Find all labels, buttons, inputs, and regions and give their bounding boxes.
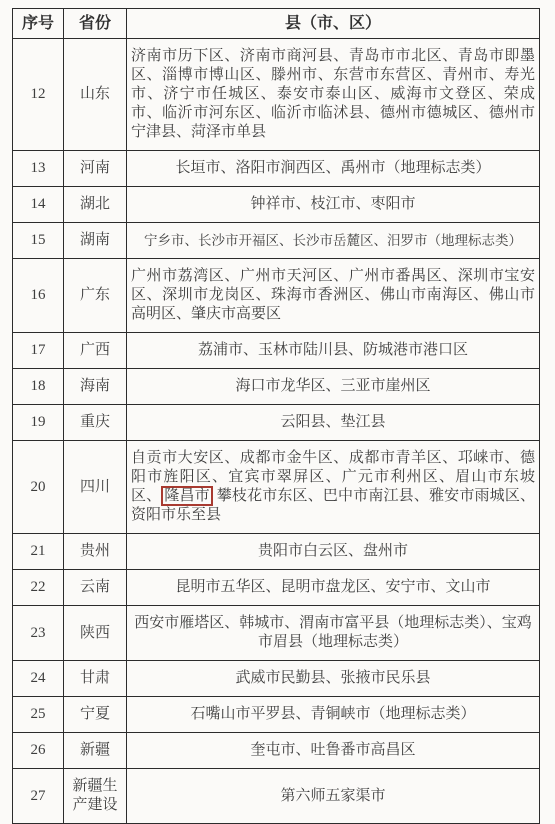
counties-text: 武威市民勤县、张掖市民乐县 — [235, 670, 430, 686]
table-header: 序号 省份 县（市、区） — [13, 9, 540, 39]
serial-number: 21 — [13, 534, 64, 570]
province-name: 广东 — [64, 259, 127, 333]
table-row: 20四川自贡市大安区、成都市金牛区、成都市青羊区、邛崃市、德阳市旌阳区、宜宾市翠… — [13, 441, 540, 534]
serial-number: 14 — [13, 187, 64, 223]
counties-text: 奎屯市、吐鲁番市高昌区 — [250, 742, 415, 758]
counties-list: 自贡市大安区、成都市金牛区、成都市青羊区、邛崃市、德阳市旌阳区、宜宾市翠屏区、广… — [127, 441, 540, 534]
counties-text: 宁乡市、长沙市开福区、长沙市岳麓区、汨罗市（地理标志类） — [144, 233, 522, 248]
counties-list: 海口市龙华区、三亚市崖州区 — [127, 369, 540, 405]
serial-number: 13 — [13, 151, 64, 187]
col-header-serial: 序号 — [13, 9, 64, 39]
serial-number: 22 — [13, 570, 64, 606]
counties-text: 昆明市五华区、昆明市盘龙区、安宁市、文山市 — [175, 579, 490, 595]
serial-number: 16 — [13, 259, 64, 333]
province-name: 甘肃 — [64, 661, 127, 697]
serial-number: 17 — [13, 333, 64, 369]
province-name: 广西 — [64, 333, 127, 369]
province-name: 湖南 — [64, 223, 127, 259]
province-name: 宁夏 — [64, 697, 127, 733]
serial-number: 20 — [13, 441, 64, 534]
counties-text: 钟祥市、枝江市、枣阳市 — [250, 196, 415, 212]
table-row: 21贵州贵阳市白云区、盘州市 — [13, 534, 540, 570]
province-name: 山东 — [64, 39, 127, 151]
counties-list: 广州市荔湾区、广州市天河区、广州市番禺区、深圳市宝安区、深圳市龙岗区、珠海市香洲… — [127, 259, 540, 333]
province-name: 四川 — [64, 441, 127, 534]
province-name: 湖北 — [64, 187, 127, 223]
table-body: 12山东济南市历下区、济南市商河县、青岛市市北区、青岛市即墨区、淄博市博山区、滕… — [13, 39, 540, 761]
counties-list: 长垣市、洛阳市涧西区、禹州市（地理标志类） — [127, 151, 540, 187]
province-name: 新疆 — [64, 733, 127, 761]
serial-number: 15 — [13, 223, 64, 259]
counties-list: 钟祥市、枝江市、枣阳市 — [127, 187, 540, 223]
serial-number: 26 — [13, 733, 64, 761]
col-header-province: 省份 — [64, 9, 127, 39]
serial-number: 23 — [13, 606, 64, 661]
counties-list: 西安市雁塔区、韩城市、渭南市富平县（地理标志类）、宝鸡市眉县（地理标志类） — [127, 606, 540, 661]
table-row: 19重庆云阳县、垫江县 — [13, 405, 540, 441]
counties-list: 石嘴山市平罗县、青铜峡市（地理标志类） — [127, 697, 540, 733]
province-name: 海南 — [64, 369, 127, 405]
province-name: 云南 — [64, 570, 127, 606]
counties-text: 石嘴山市平罗县、青铜峡市（地理标志类） — [190, 706, 475, 722]
serial-number: 18 — [13, 369, 64, 405]
counties-text: 荔浦市、玉林市陆川县、防城港市港口区 — [198, 342, 468, 358]
approval-table: 序号 省份 县（市、区） 12山东济南市历下区、济南市商河县、青岛市市北区、青岛… — [12, 8, 540, 760]
highlighted-county: 隆昌市 — [161, 486, 213, 506]
counties-text: 西安市雁塔区、韩城市、渭南市富平县（地理标志类）、宝鸡市眉县（地理标志类） — [134, 615, 532, 650]
table-row: 24甘肃武威市民勤县、张掖市民乐县 — [13, 661, 540, 697]
counties-text: 贵阳市白云区、盘州市 — [258, 543, 408, 559]
counties-list: 昆明市五华区、昆明市盘龙区、安宁市、文山市 — [127, 570, 540, 606]
table-row: 26新疆奎屯市、吐鲁番市高昌区 — [13, 733, 540, 761]
table-row: 12山东济南市历下区、济南市商河县、青岛市市北区、青岛市即墨区、淄博市博山区、滕… — [13, 39, 540, 151]
counties-text: 云阳县、垫江县 — [280, 414, 385, 430]
counties-list: 武威市民勤县、张掖市民乐县 — [127, 661, 540, 697]
province-name: 重庆 — [64, 405, 127, 441]
counties-list: 宁乡市、长沙市开福区、长沙市岳麓区、汨罗市（地理标志类） — [127, 223, 540, 259]
province-name: 陕西 — [64, 606, 127, 661]
table-row: 13河南长垣市、洛阳市涧西区、禹州市（地理标志类） — [13, 151, 540, 187]
table-row: 22云南昆明市五华区、昆明市盘龙区、安宁市、文山市 — [13, 570, 540, 606]
col-header-counties: 县（市、区） — [127, 9, 540, 39]
serial-number: 25 — [13, 697, 64, 733]
table-row: 17广西荔浦市、玉林市陆川县、防城港市港口区 — [13, 333, 540, 369]
counties-text: 长垣市、洛阳市涧西区、禹州市（地理标志类） — [175, 160, 490, 176]
counties-list: 荔浦市、玉林市陆川县、防城港市港口区 — [127, 333, 540, 369]
table-row: 16广东广州市荔湾区、广州市天河区、广州市番禺区、深圳市宝安区、深圳市龙岗区、珠… — [13, 259, 540, 333]
province-name: 河南 — [64, 151, 127, 187]
counties-list: 济南市历下区、济南市商河县、青岛市市北区、青岛市即墨区、淄博市博山区、滕州市、东… — [127, 39, 540, 151]
serial-number: 12 — [13, 39, 64, 151]
table-row: 25宁夏石嘴山市平罗县、青铜峡市（地理标志类） — [13, 697, 540, 733]
table-row: 23陕西西安市雁塔区、韩城市、渭南市富平县（地理标志类）、宝鸡市眉县（地理标志类… — [13, 606, 540, 661]
counties-text: 济南市历下区、济南市商河县、青岛市市北区、青岛市即墨区、淄博市博山区、滕州市、东… — [131, 48, 535, 140]
counties-list: 贵阳市白云区、盘州市 — [127, 534, 540, 570]
counties-list: 云阳县、垫江县 — [127, 405, 540, 441]
serial-number: 24 — [13, 661, 64, 697]
table-row: 18海南海口市龙华区、三亚市崖州区 — [13, 369, 540, 405]
table-row: 14湖北钟祥市、枝江市、枣阳市 — [13, 187, 540, 223]
serial-number: 19 — [13, 405, 64, 441]
header-row: 序号 省份 县（市、区） — [13, 9, 540, 39]
counties-list: 奎屯市、吐鲁番市高昌区 — [127, 733, 540, 761]
counties-text: 海口市龙华区、三亚市崖州区 — [235, 378, 430, 394]
province-name: 贵州 — [64, 534, 127, 570]
table-row: 15湖南宁乡市、长沙市开福区、长沙市岳麓区、汨罗市（地理标志类） — [13, 223, 540, 259]
counties-text: 广州市荔湾区、广州市天河区、广州市番禺区、深圳市宝安区、深圳市龙岗区、珠海市香洲… — [131, 268, 535, 322]
